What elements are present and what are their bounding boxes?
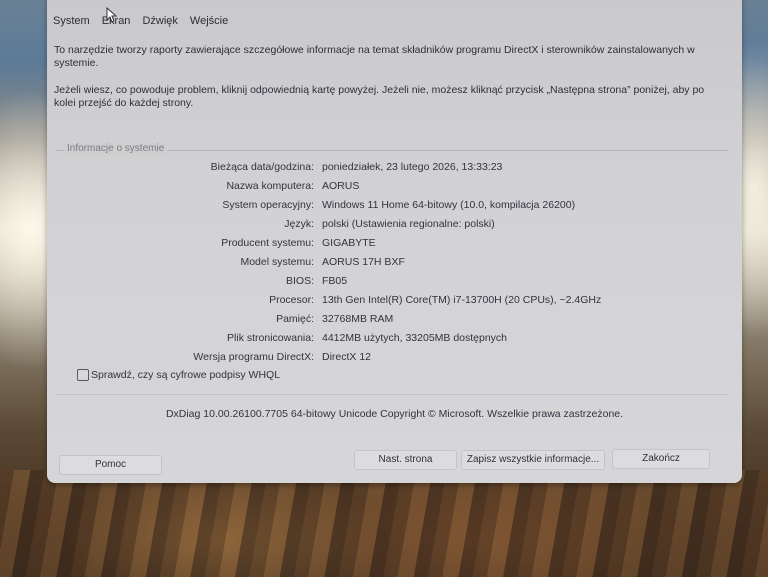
tab-system[interactable]: System bbox=[47, 12, 96, 30]
info-label: Plik stronicowania: bbox=[227, 332, 314, 344]
divider bbox=[56, 394, 728, 395]
info-value: GIGABYTE bbox=[322, 237, 376, 249]
info-row: Producent systemu:GIGABYTE bbox=[56, 237, 728, 254]
intro-text: To narzędzie tworzy raporty zawierające … bbox=[54, 44, 724, 70]
info-value: DirectX 12 bbox=[322, 351, 371, 363]
info-value: polski (Ustawienia regionalne: polski) bbox=[322, 218, 495, 230]
info-row: System operacyjny:Windows 11 Home 64-bit… bbox=[56, 199, 728, 216]
info-value: FB05 bbox=[322, 275, 347, 287]
dxdiag-window: System Ekran Dźwięk Wejście To narzędzie… bbox=[47, 0, 742, 483]
info-label: Procesor: bbox=[269, 294, 314, 306]
info-label: BIOS: bbox=[286, 275, 314, 287]
whql-label: Sprawdź, czy są cyfrowe podpisy WHQL bbox=[91, 369, 280, 381]
info-label: Pamięć: bbox=[276, 313, 314, 325]
info-row: Procesor:13th Gen Intel(R) Core(TM) i7-1… bbox=[56, 294, 728, 311]
info-row: Pamięć:32768MB RAM bbox=[56, 313, 728, 330]
info-row: Bieżąca data/godzina:poniedziałek, 23 lu… bbox=[56, 161, 728, 178]
info-row: Język:polski (Ustawienia regionalne: pol… bbox=[56, 218, 728, 235]
whql-checkbox[interactable]: Sprawdź, czy są cyfrowe podpisy WHQL bbox=[77, 369, 280, 381]
info-value: Windows 11 Home 64-bitowy (10.0, kompila… bbox=[322, 199, 575, 211]
info-row: Plik stronicowania:4412MB użytych, 33205… bbox=[56, 332, 728, 349]
info-label: Wersja programu DirectX: bbox=[193, 351, 314, 363]
instructions-text: Jeżeli wiesz, co powoduje problem, klikn… bbox=[54, 84, 724, 110]
tab-input[interactable]: Wejście bbox=[184, 12, 234, 30]
next-page-button[interactable]: Nast. strona bbox=[354, 450, 457, 470]
info-label: Producent systemu: bbox=[221, 237, 314, 249]
info-row: Nazwa komputera:AORUS bbox=[56, 180, 728, 197]
info-label: Bieżąca data/godzina: bbox=[211, 161, 314, 173]
info-label: Język: bbox=[284, 218, 314, 230]
group-title: Informacje o systemie bbox=[64, 143, 167, 154]
info-value: 4412MB użytych, 33205MB dostępnych bbox=[322, 332, 507, 344]
info-row: Wersja programu DirectX:DirectX 12 bbox=[56, 351, 728, 368]
save-all-info-button[interactable]: Zapisz wszystkie informacje... bbox=[461, 450, 605, 470]
tab-bar: System Ekran Dźwięk Wejście bbox=[47, 12, 234, 30]
checkbox-box[interactable] bbox=[77, 369, 89, 381]
info-value: 13th Gen Intel(R) Core(TM) i7-13700H (20… bbox=[322, 294, 601, 306]
info-row: Model systemu:AORUS 17H BXF bbox=[56, 256, 728, 273]
info-value: AORUS bbox=[322, 180, 359, 192]
exit-button[interactable]: Zakończ bbox=[612, 449, 710, 469]
info-label: Nazwa komputera: bbox=[226, 180, 314, 192]
tab-sound[interactable]: Dźwięk bbox=[136, 12, 183, 30]
info-value: 32768MB RAM bbox=[322, 313, 393, 325]
info-value: AORUS 17H BXF bbox=[322, 256, 405, 268]
info-label: Model systemu: bbox=[240, 256, 314, 268]
system-info-group: Informacje o systemie Bieżąca data/godzi… bbox=[56, 150, 728, 383]
help-button[interactable]: Pomoc bbox=[59, 455, 162, 475]
info-label: System operacyjny: bbox=[222, 199, 314, 211]
copyright-footer: DxDiag 10.00.26100.7705 64-bitowy Unicod… bbox=[47, 408, 742, 420]
info-value: poniedziałek, 23 lutego 2026, 13:33:23 bbox=[322, 161, 502, 173]
info-row: BIOS:FB05 bbox=[56, 275, 728, 292]
